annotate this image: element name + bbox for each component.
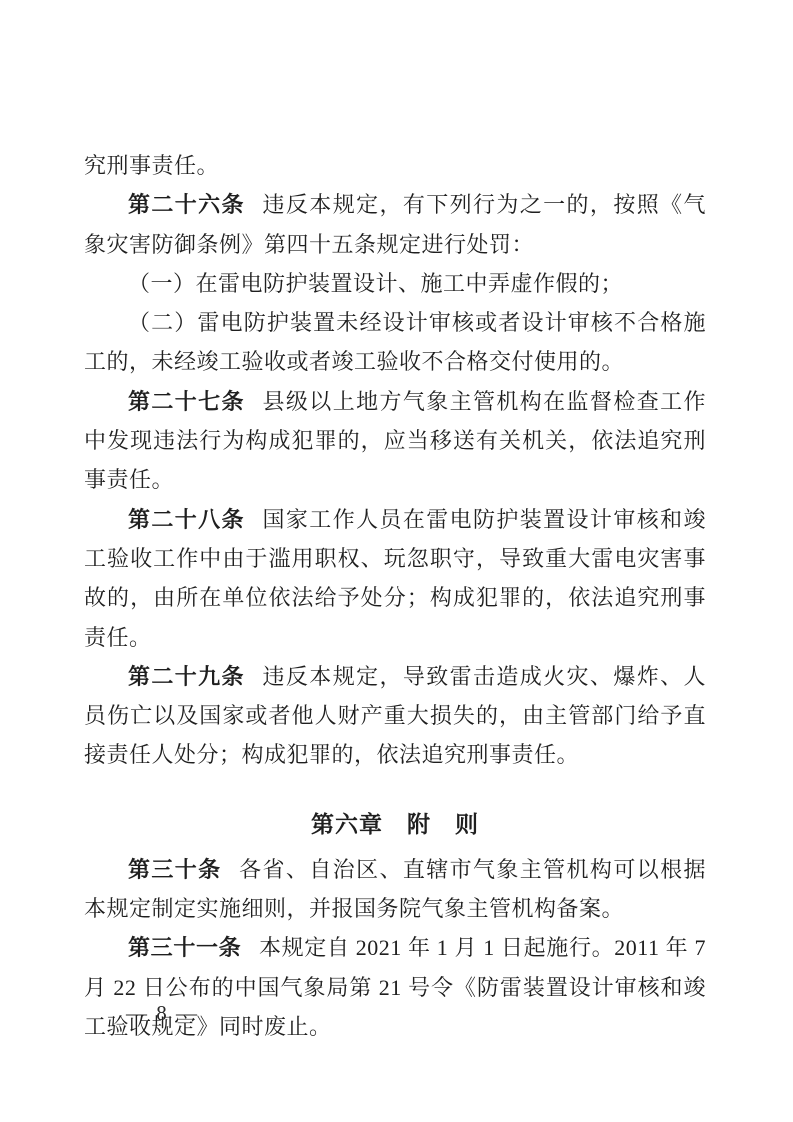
article-number: 第二十七条 bbox=[128, 389, 245, 414]
article-number: 第三十一条 bbox=[128, 935, 241, 960]
page-number: — 8 — bbox=[126, 1001, 199, 1026]
paragraph-item-1: （一）在雷电防护装置设计、施工中弄虚作假的； bbox=[84, 264, 706, 303]
paragraph-article-28: 第二十八条国家工作人员在雷电防护装置设计审核和竣工验收工作中由于滥用职权、玩忽职… bbox=[84, 500, 706, 657]
paragraph-text: （二）雷电防护装置未经设计审核或者设计审核不合格施工的，未经竣工验收或者竣工验收… bbox=[84, 310, 706, 374]
paragraph-article-27: 第二十七条县级以上地方气象主管机构在监督检查工作中发现违法行为构成犯罪的，应当移… bbox=[84, 382, 706, 500]
paragraph-article-29: 第二十九条违反本规定，导致雷击造成火灾、爆炸、人员伤亡以及国家或者他人财产重大损… bbox=[84, 657, 706, 775]
paragraph-text: 究刑事责任。 bbox=[84, 153, 219, 178]
document-page: 究刑事责任。 第二十六条违反本规定，有下列行为之一的，按照《气象灾害防御条例》第… bbox=[0, 0, 793, 1122]
article-number: 第二十六条 bbox=[128, 192, 245, 217]
paragraph-text: （一）在雷电防护装置设计、施工中弄虚作假的； bbox=[128, 271, 623, 296]
paragraph-article-30: 第三十条各省、自治区、直辖市气象主管机构可以根据本规定制定实施细则，并报国务院气… bbox=[84, 850, 706, 929]
paragraph-article-31: 第三十一条本规定自 2021 年 1 月 1 日起施行。2011 年 7 月 2… bbox=[84, 928, 706, 1046]
document-body: 究刑事责任。 第二十六条违反本规定，有下列行为之一的，按照《气象灾害防御条例》第… bbox=[84, 146, 706, 1046]
paragraph-article-26: 第二十六条违反本规定，有下列行为之一的，按照《气象灾害防御条例》第四十五条规定进… bbox=[84, 185, 706, 264]
paragraph-continuation: 究刑事责任。 bbox=[84, 146, 706, 185]
article-number: 第三十条 bbox=[128, 857, 222, 882]
chapter-heading: 第六章 附 则 bbox=[84, 805, 706, 844]
article-number: 第二十八条 bbox=[128, 507, 245, 532]
paragraph-item-2: （二）雷电防护装置未经设计审核或者设计审核不合格施工的，未经竣工验收或者竣工验收… bbox=[84, 303, 706, 382]
article-number: 第二十九条 bbox=[128, 664, 245, 689]
